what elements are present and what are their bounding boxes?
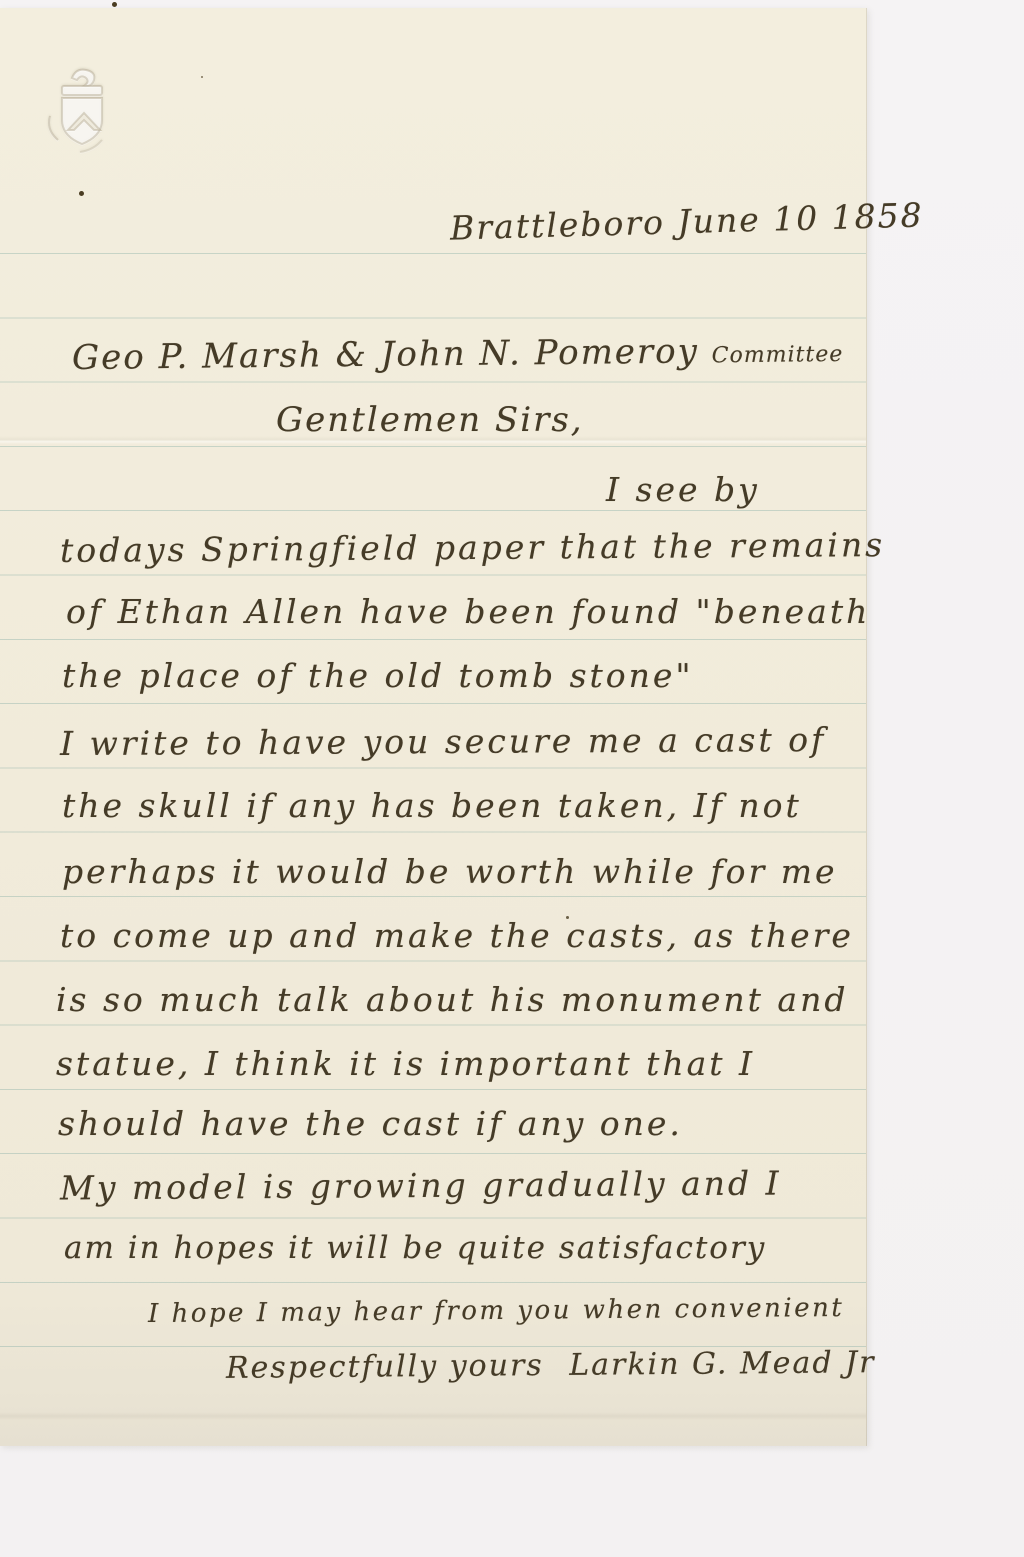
ink-speck [201,76,203,78]
letter-paper: Brattleboro June 10 1858 Geo P. Marsh & … [0,8,867,1446]
closing-line: Respectfully yours Larkin G. Mead Jr [226,1345,876,1386]
body-line: perhaps it would be worth while for me [62,852,838,891]
paper-crease [0,1412,866,1420]
body-line: I see by [606,470,760,509]
body-line: My model is growing gradually and I [60,1163,782,1207]
body-line: of Ethan Allen have been found "beneath [66,592,870,631]
body-line: the skull if any has been taken, If not [62,786,802,825]
body-line: the place of the old tomb stone" [62,656,694,695]
body-line: should have the cast if any one. [58,1104,683,1143]
body-line: I hope I may hear from you when convenie… [148,1293,844,1329]
addressee-names: Geo P. Marsh & John N. Pomeroy [72,331,699,378]
body-line: I write to have you secure me a cast of [60,720,826,763]
body-line: todays Springfield paper that the remain… [60,525,885,570]
body-line: am in hopes it will be quite satisfactor… [64,1230,766,1266]
embossed-crest-icon [38,56,130,168]
addressee-line: Geo P. Marsh & John N. Pomeroy Committee [72,330,844,378]
ink-speck [112,2,117,7]
salutation: Gentlemen Sirs, [276,400,584,440]
body-line: is so much talk about his monument and [56,980,848,1019]
ink-speck [79,191,84,196]
body-line: statue, I think it is important that I [56,1044,755,1083]
signature: Larkin G. Mead Jr [569,1345,876,1383]
closing-text: Respectfully yours [226,1348,544,1386]
dateline: Brattleboro June 10 1858 [450,195,925,247]
scanned-document-view: { "letter": { "dateline": "Brattleboro J… [0,0,1024,1557]
addressee-role: Committee [712,342,844,368]
body-line: to come up and make the casts, as there [60,916,854,955]
